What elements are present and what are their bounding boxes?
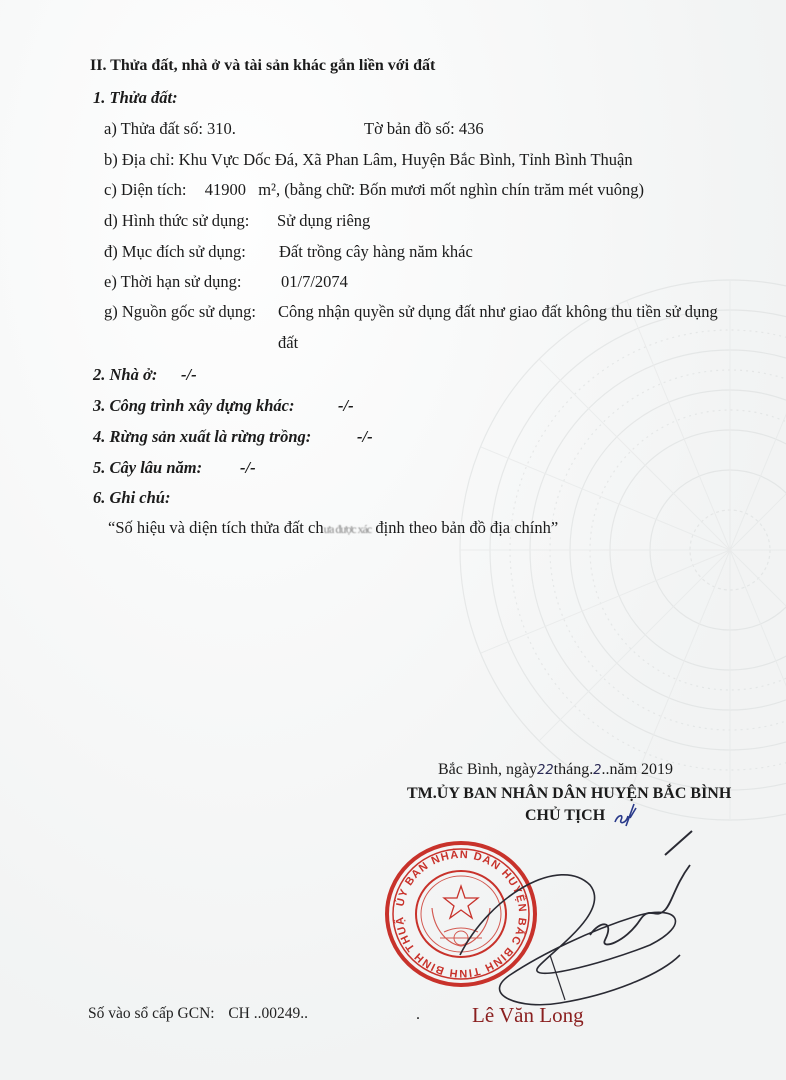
notes-text-start: “Số hiệu và diện tích thửa đất ch — [108, 518, 324, 537]
purpose-value: Đất trồng cây hàng năm khác — [279, 242, 473, 262]
registry-value: CH ..00249.. — [228, 1005, 308, 1022]
use-form-value: Sử dụng riêng — [277, 211, 370, 231]
notes-text-smudged: ưa được xác — [324, 522, 372, 536]
registry-label: Số vào sổ cấp GCN: — [88, 1005, 215, 1022]
signer-name: Lê Văn Long — [472, 1003, 584, 1028]
notes-text-end: định theo bản đồ địa chính” — [371, 518, 558, 537]
house-label: 2. Nhà ở: — [93, 365, 157, 385]
area-value: 41900 — [205, 180, 246, 199]
section-title: II. Thửa đất, nhà ở và tài sản khác gắn … — [90, 56, 435, 76]
parcel-heading: 1. Thửa đất: — [93, 88, 178, 108]
origin-value-line1: Công nhận quyền sử dụng đất như giao đất… — [278, 302, 718, 322]
term-value: 01/7/2074 — [281, 272, 348, 292]
term-label: e) Thời hạn sử dụng: — [104, 272, 241, 292]
area-in-words: , (bằng chữ: Bốn mươi mốt nghìn chín tră… — [276, 180, 644, 199]
place-and-date: Bắc Bình, ngày22tháng.2..năm 2019 — [438, 761, 673, 779]
other-construction-label: 3. Công trình xây dựng khác: — [93, 396, 295, 416]
signer-position: CHỦ TỊCH — [525, 807, 605, 825]
use-form-label: d) Hình thức sử dụng: — [104, 211, 249, 231]
planted-forest-value: -/- — [357, 427, 373, 447]
parcel-number: a) Thửa đất số: 310. — [104, 119, 236, 139]
origin-value-line2: đất — [278, 333, 298, 353]
place-text: Bắc Bình, ngày — [438, 761, 537, 778]
house-value: -/- — [181, 365, 197, 385]
month-label: tháng. — [554, 761, 594, 778]
parcel-area: c) Diện tích: 41900 m², (bằng chữ: Bốn m… — [104, 180, 644, 200]
perennial-trees-value: -/- — [240, 458, 256, 478]
separator-dot: . — [416, 1006, 420, 1024]
map-sheet-number: Tờ bản đồ số: 436 — [364, 119, 484, 139]
notes-text: “Số hiệu và diện tích thửa đất chưa được… — [108, 518, 558, 539]
issuing-organization: TM.ỦY BAN NHÂN DÂN HUYỆN BẮC BÌNH — [407, 785, 731, 803]
date-day: 22 — [537, 763, 554, 778]
perennial-trees-label: 5. Cây lâu năm: — [93, 458, 202, 478]
certificate-registry-number: Số vào sổ cấp GCN: CH ..00249.. — [88, 1005, 308, 1023]
parcel-address: b) Địa chỉ: Khu Vực Dốc Đá, Xã Phan Lâm,… — [104, 150, 633, 170]
purpose-label: đ) Mục đích sử dụng: — [104, 242, 246, 262]
notes-heading: 6. Ghi chú: — [93, 488, 170, 508]
handwritten-signature-icon — [440, 825, 720, 1015]
other-construction-value: -/- — [338, 396, 354, 416]
area-label: c) Diện tích: — [104, 180, 186, 199]
origin-label: g) Nguồn gốc sử dụng: — [104, 302, 256, 322]
area-unit: m² — [258, 180, 276, 199]
year-text: ..năm 2019 — [601, 761, 673, 778]
planted-forest-label: 4. Rừng sản xuất là rừng trồng: — [93, 427, 311, 447]
